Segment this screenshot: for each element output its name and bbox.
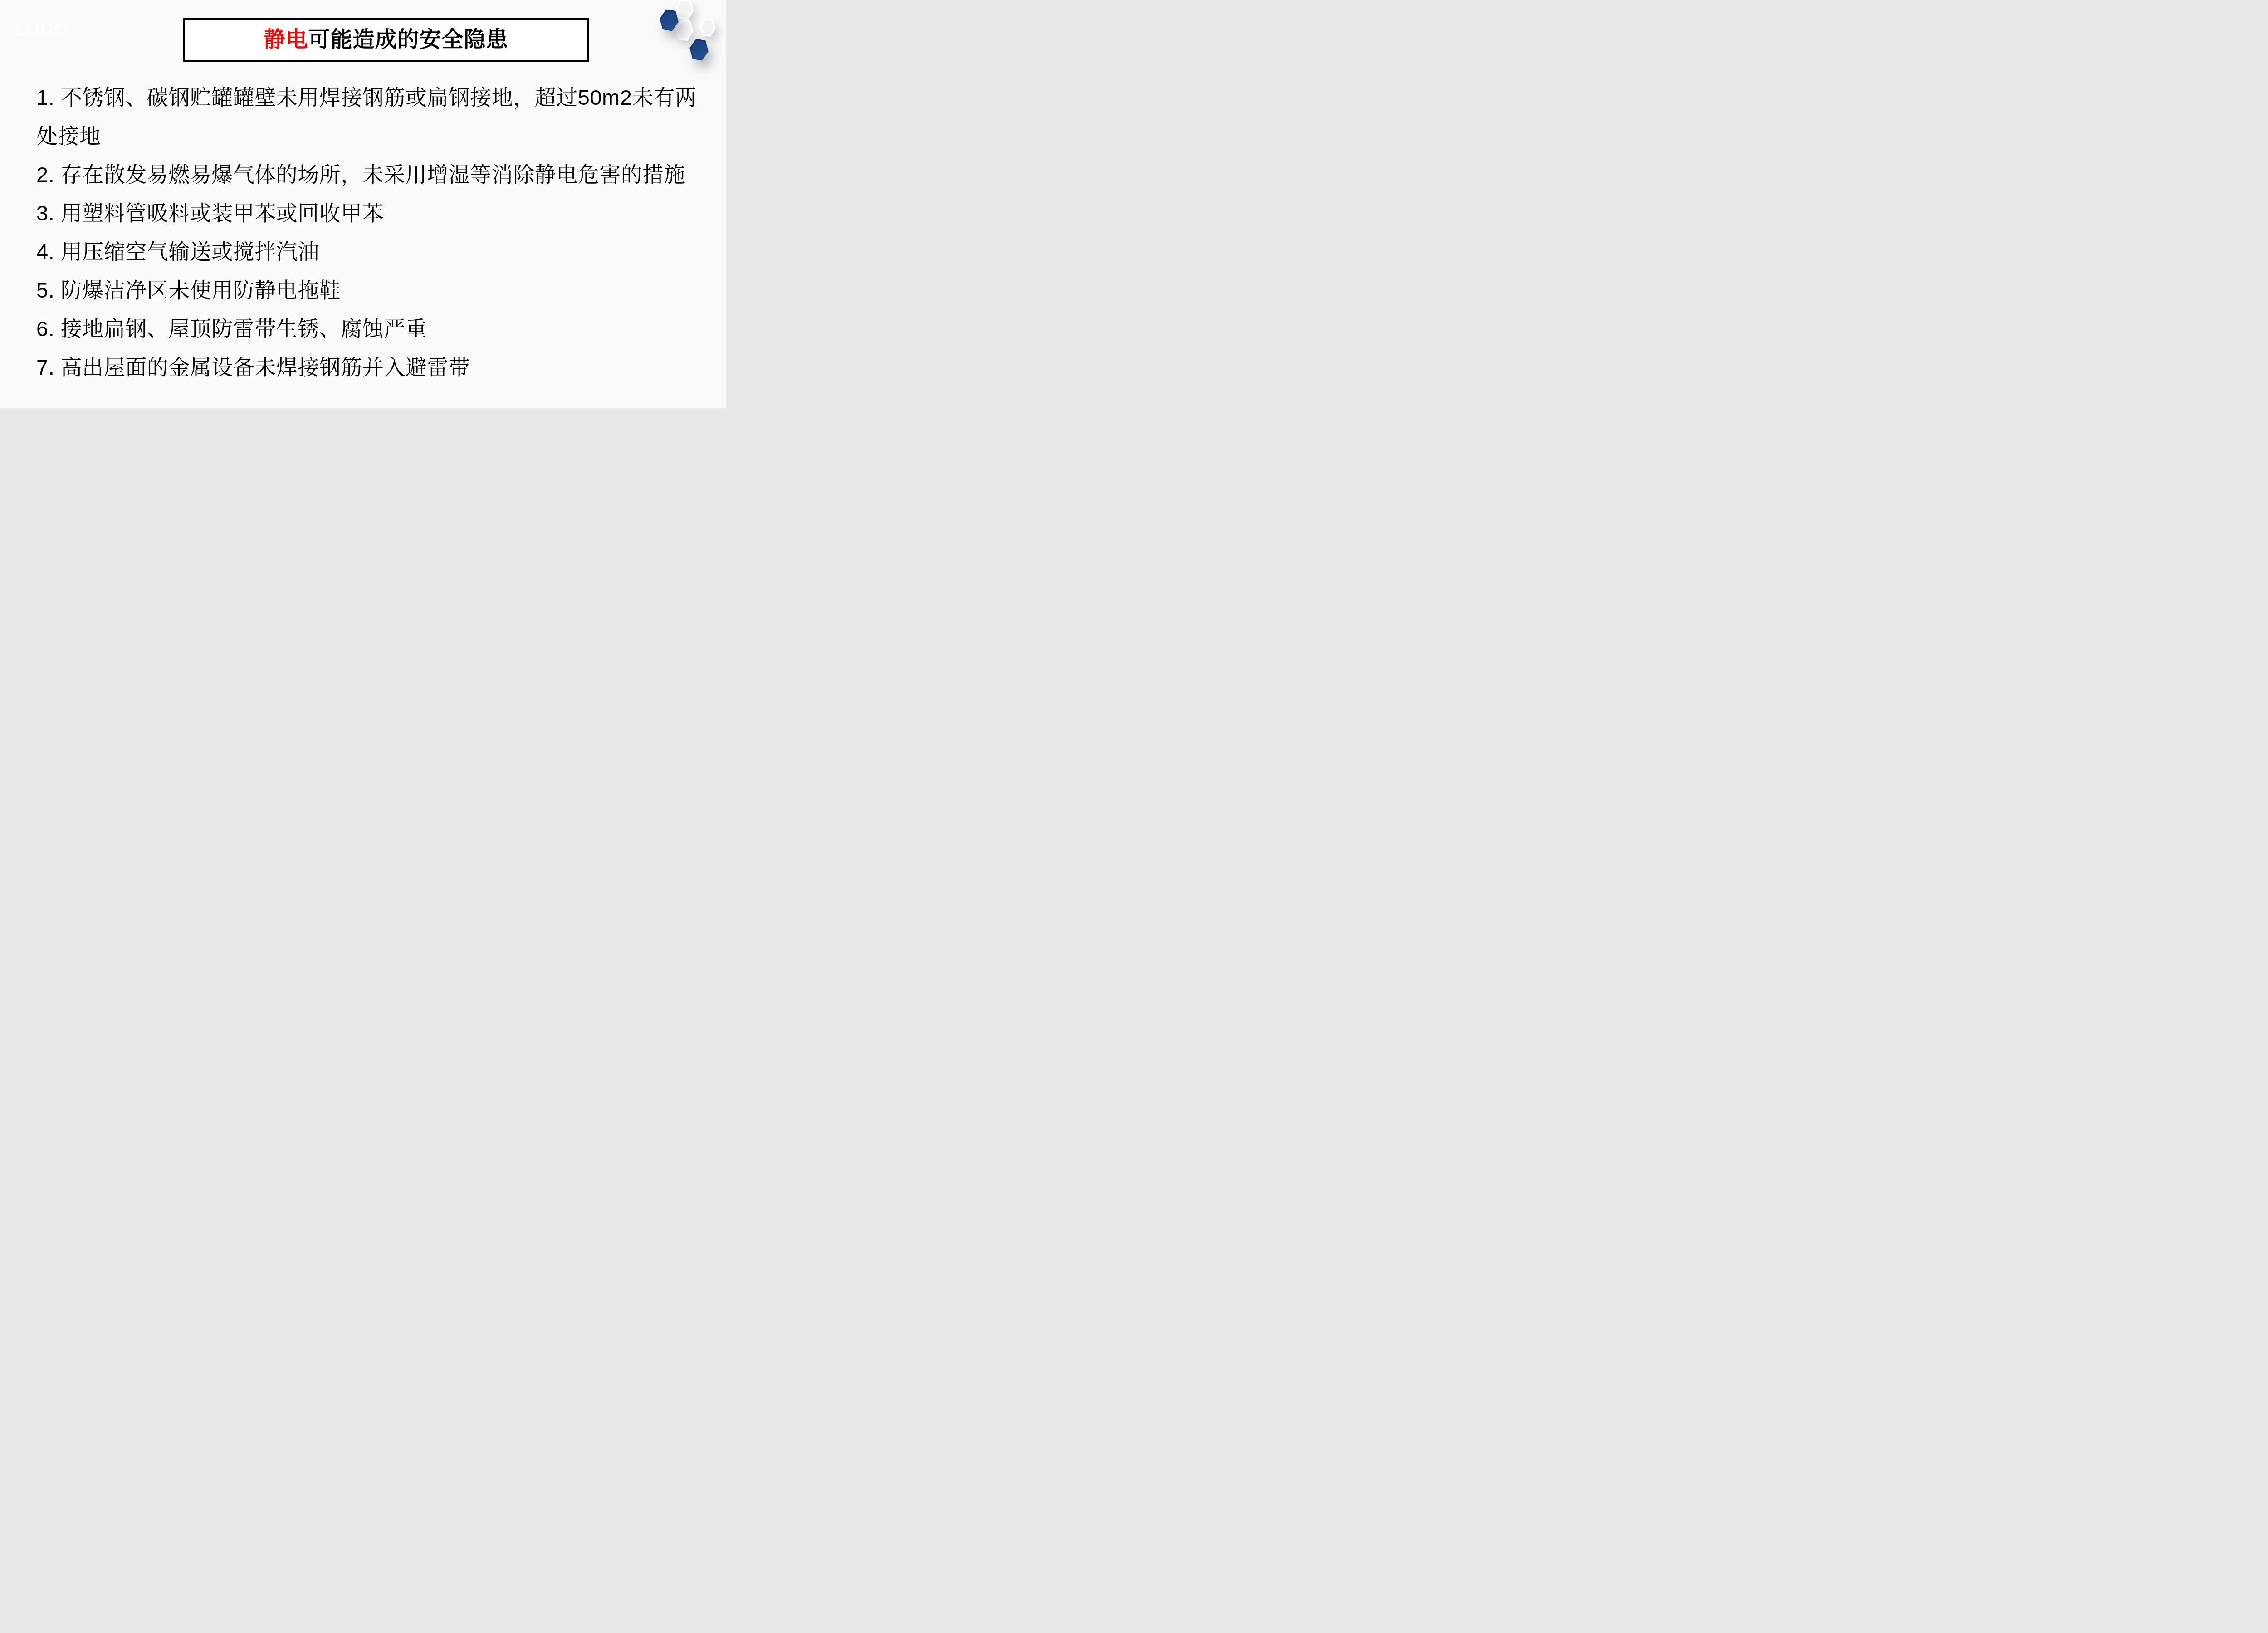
hexagon-face: [659, 10, 679, 31]
hexagon-face: [689, 39, 709, 61]
title-box: 静电可能造成的安全隐患: [183, 18, 589, 62]
hazard-item-4: 4. 用压缩空气输送或搅拌汽油: [36, 232, 697, 271]
title-highlight: 静电: [264, 29, 308, 51]
hazard-item-1-line-2: 处接地: [36, 117, 697, 155]
logo-placeholder-text: LOGO: [16, 20, 68, 39]
hexagon-blue-left-icon: [658, 9, 680, 32]
hazard-list: 1. 不锈钢、碳钢贮罐罐壁未用焊接钢筋或扁钢接地，超过50m2未有两 处接地 2…: [36, 78, 697, 386]
hazard-item-5: 5. 防爆洁净区未使用防静电拖鞋: [36, 271, 697, 309]
hexagon-blue-bottom-icon: [688, 38, 710, 62]
hazard-item-7: 7. 高出屋面的金属设备未焊接钢筋并入避雷带: [36, 348, 697, 386]
hazard-item-6: 6. 接地扁钢、屋顶防雷带生锈、腐蚀严重: [36, 309, 697, 348]
hazard-item-1-line-1: 1. 不锈钢、碳钢贮罐罐壁未用焊接钢筋或扁钢接地，超过50m2未有两: [36, 78, 697, 117]
slide: LOGO 静电可能造成的安全隐患 1. 不锈钢、碳钢贮罐罐壁未用焊接钢筋或扁钢接…: [0, 0, 726, 408]
hazard-item-3: 3. 用塑料管吸料或装甲苯或回收甲苯: [36, 194, 697, 232]
hexagon-white-right-icon: [698, 18, 717, 38]
title-rest: 可能造成的安全隐患: [308, 29, 508, 51]
hazard-item-2: 2. 存在散发易燃易爆气体的场所，未采用增湿等消除静电危害的措施: [36, 155, 697, 194]
